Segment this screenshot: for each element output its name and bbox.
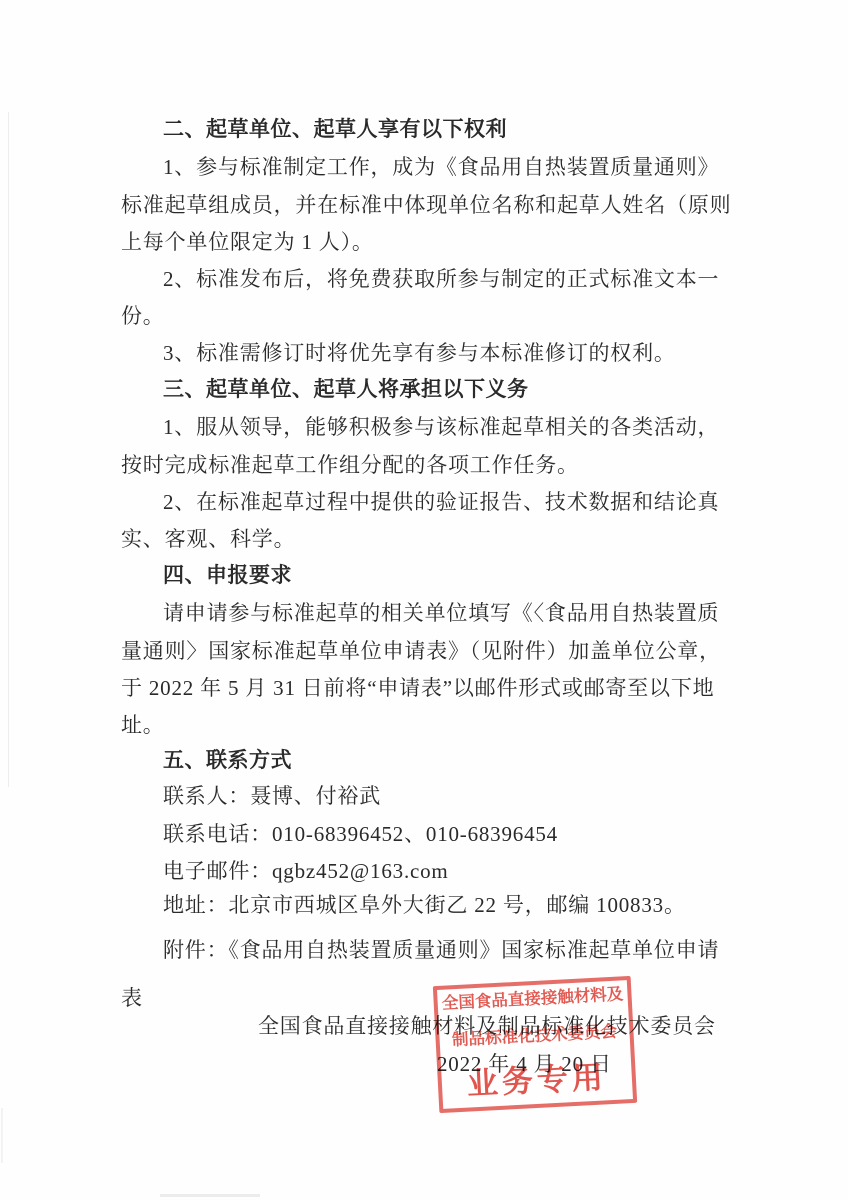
section-heading-contact: 五、联系方式: [163, 748, 292, 774]
seal-org-line-2: 制品标准化技术委员会: [452, 1023, 618, 1051]
paragraph-line: 2、标准发布后，将免费获取所参与制定的正式标准文本一: [163, 266, 719, 292]
paragraph-line: 标准起草组成员，并在标准中体现单位名称和起草人姓名（原则: [121, 192, 731, 218]
section-heading-application: 四、申报要求: [163, 563, 292, 589]
seal-usage-label: 业务专用: [466, 1060, 608, 1101]
paragraph-line: 按时完成标准起草工作组分配的各项工作任务。: [121, 452, 579, 478]
paragraph-line: 量通则〉国家标准起草单位申请表》（见附件）加盖单位公章，: [121, 638, 721, 664]
attachment-line-wrap: 表: [121, 985, 143, 1011]
paragraph-line: 3、标准需修订时将优先享有参与本标准修订的权利。: [163, 340, 676, 366]
contact-email-line: 电子邮件：qgbz452@163.com: [163, 858, 449, 884]
paragraph-line: 1、参与标准制定工作，成为《食品用自热装置质量通则》: [163, 154, 719, 180]
scanned-document-page: 二、起草单位、起草人享有以下权利 1、参与标准制定工作，成为《食品用自热装置质量…: [0, 0, 848, 1200]
section-heading-rights: 二、起草单位、起草人享有以下权利: [163, 117, 507, 143]
scan-artifact-left-line-2: [1, 1108, 3, 1163]
contact-person-line: 联系人：聂博、付裕武: [163, 783, 381, 809]
seal-org-line-1: 全国食品直接接触材料及: [442, 985, 624, 1013]
attachment-line: 附件：《食品用自热装置质量通则》国家标准起草单位申请: [163, 937, 719, 963]
paragraph-line: 上每个单位限定为 1 人）。: [121, 229, 374, 255]
paragraph-line: 址。: [121, 712, 165, 738]
paragraph-line: 2、在标准起草过程中提供的验证报告、技术数据和结论真: [163, 489, 719, 515]
paragraph-line: 1、服从领导，能够积极参与该标准起草相关的各类活动，: [163, 414, 719, 440]
paragraph-line: 份。: [121, 303, 165, 329]
official-seal: 全国食品直接接触材料及 制品标准化技术委员会 业务专用: [433, 976, 637, 1113]
paragraph-line: 实、客观、科学。: [121, 526, 295, 552]
paragraph-line: 请申请参与标准起草的相关单位填写《〈食品用自热装置质: [163, 600, 719, 626]
scan-artifact-left-line: [8, 112, 9, 787]
section-heading-obligations: 三、起草单位、起草人将承担以下义务: [163, 377, 529, 403]
paragraph-line: 于 2022 年 5 月 31 日前将“申请表”以邮件形式或邮寄至以下地: [121, 675, 714, 701]
contact-address-line: 地址：北京市西城区阜外大街乙 22 号，邮编 100833。: [163, 892, 686, 918]
scan-artifact-bottom-smudge: [160, 1194, 260, 1197]
contact-phone-line: 联系电话：010-68396452、010-68396454: [163, 821, 558, 847]
